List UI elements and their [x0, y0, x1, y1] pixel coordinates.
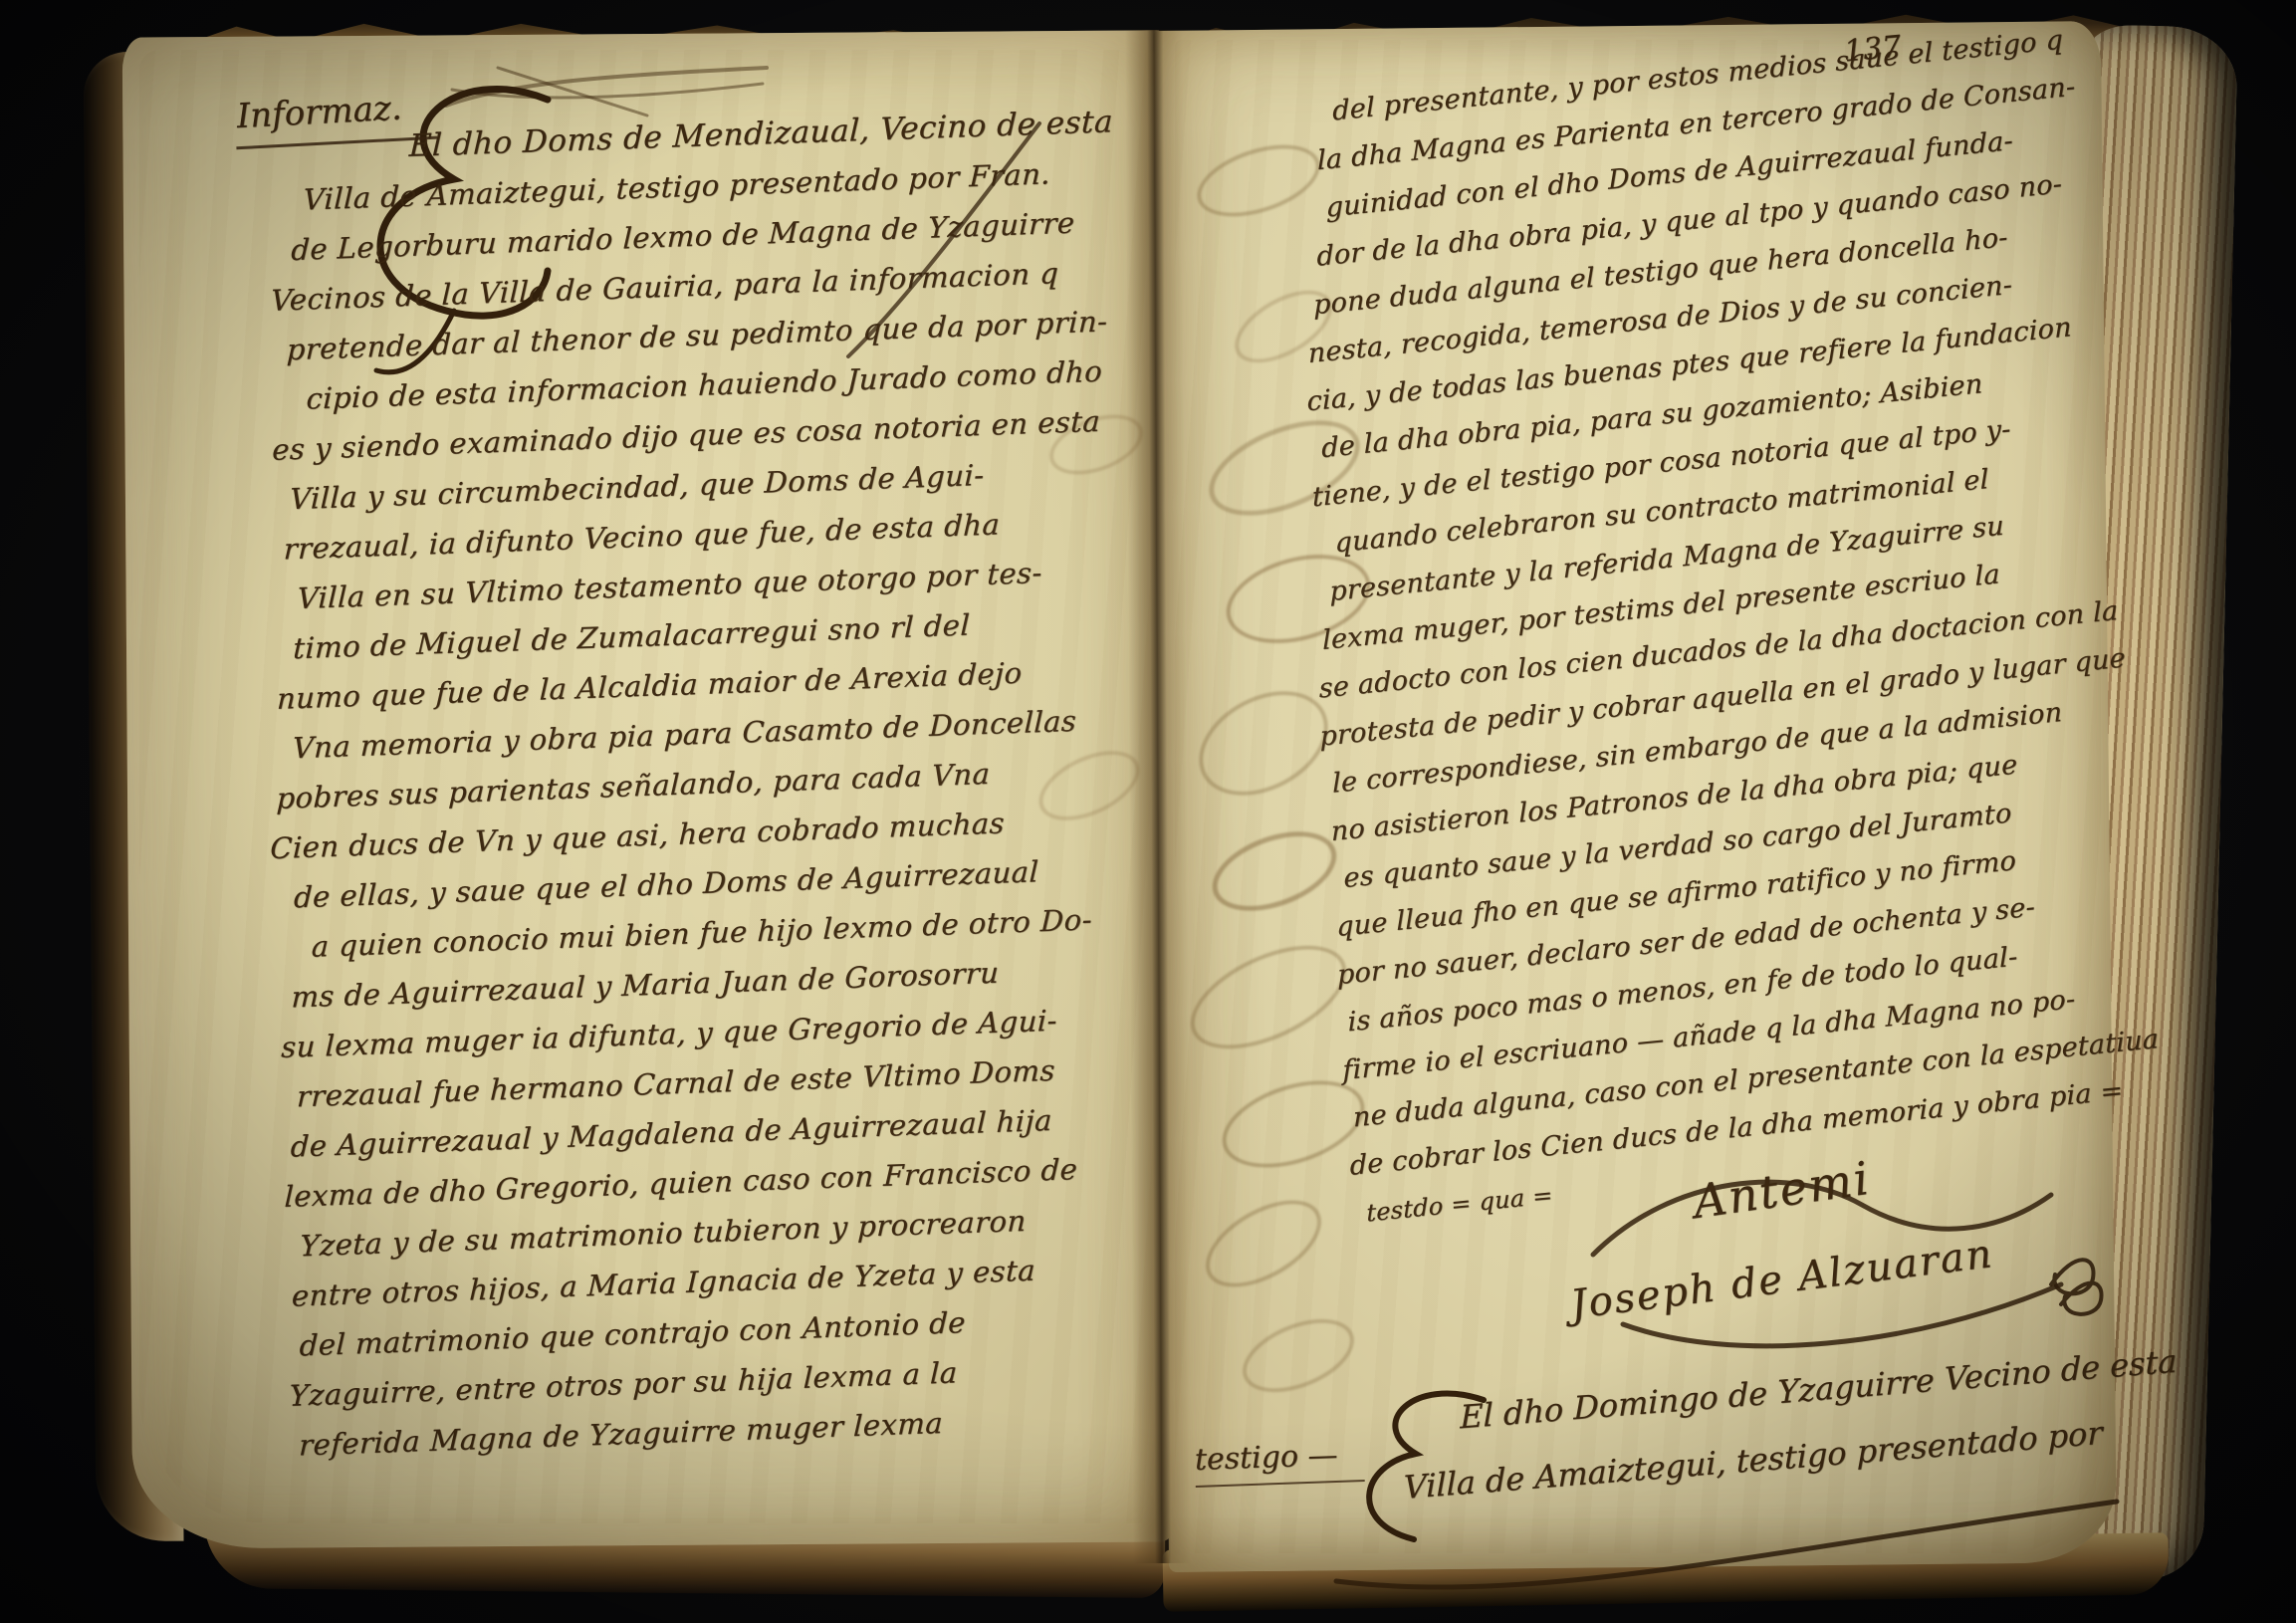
photograph-background: Informaz. El dho Doms de Mendizaual, Vec…	[0, 0, 2296, 1623]
right-page-text-block: del presentante, y por estos medios saue…	[1316, 9, 2250, 1231]
witness-margin-note: testigo —	[1194, 1437, 1364, 1488]
left-page-text-block: El dho Doms de Mendizaual, Vecino de est…	[291, 95, 1214, 1469]
